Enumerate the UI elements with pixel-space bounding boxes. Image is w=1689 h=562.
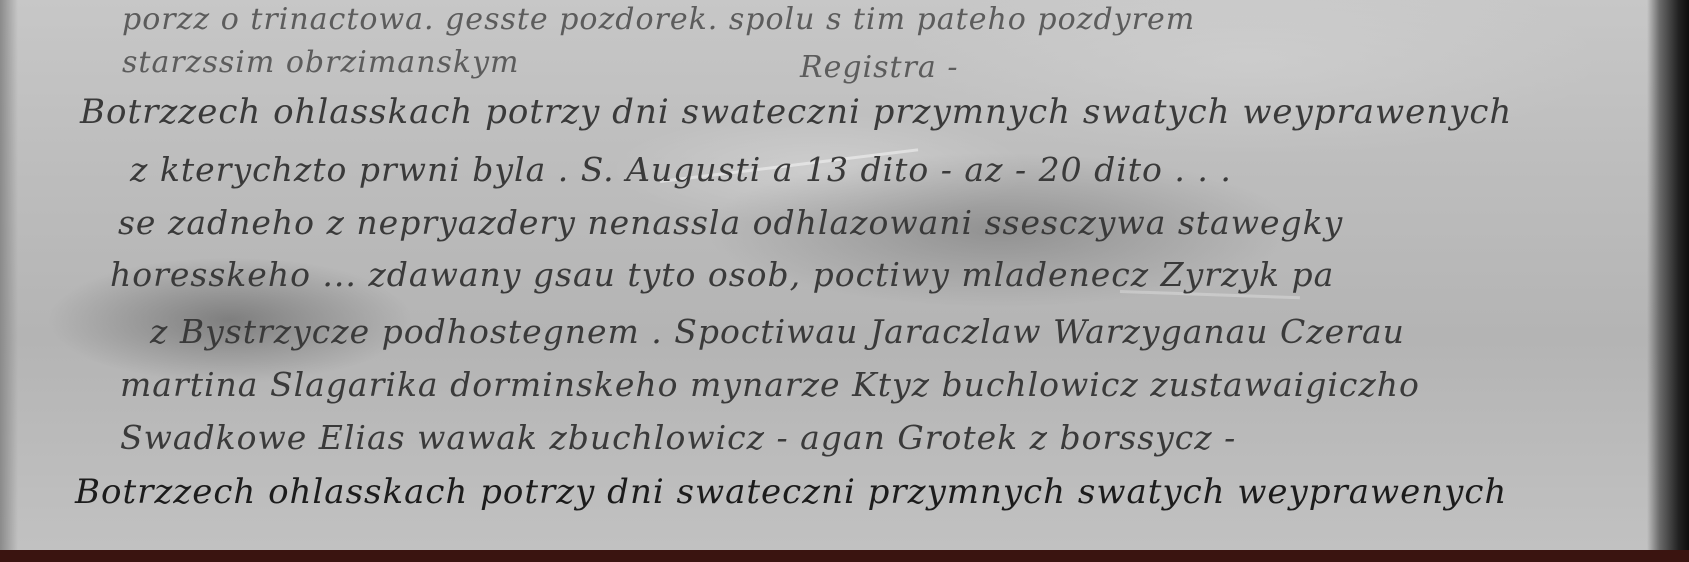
page-right-edge xyxy=(1647,0,1689,550)
manuscript-line-10: Botrzzech ohlasskach potrzy dni swateczn… xyxy=(75,472,1507,512)
manuscript-heading-registra: Registra - xyxy=(800,50,959,85)
manuscript-scan: porzz o trinactowa. gesste pozdorek. spo… xyxy=(0,0,1689,562)
manuscript-line-2: starzssim obrzimanskym xyxy=(122,45,519,80)
manuscript-line-9: Swadkowe Elias wawak zbuchlowicz - agan … xyxy=(120,418,1236,457)
manuscript-line-4: z kterychzto prwni byla . S. Augusti a 1… xyxy=(130,150,1232,189)
manuscript-line-3: Botrzzech ohlasskach potrzy dni swateczn… xyxy=(80,92,1512,132)
manuscript-line-6: horesskeho ... zdawany gsau tyto osob, p… xyxy=(110,255,1334,294)
scan-bottom-border xyxy=(0,550,1689,562)
manuscript-line-1: porzz o trinactowa. gesste pozdorek. spo… xyxy=(122,2,1195,37)
manuscript-line-8: martina Slagarika dorminskeho mynarze Kt… xyxy=(120,365,1420,404)
manuscript-line-5: se zadneho z nepryazdery nenassla odhlaz… xyxy=(118,203,1343,242)
page-left-edge xyxy=(0,0,18,550)
manuscript-line-7: z Bystrzycze podhostegnem . Spoctiwau Ja… xyxy=(150,312,1405,351)
